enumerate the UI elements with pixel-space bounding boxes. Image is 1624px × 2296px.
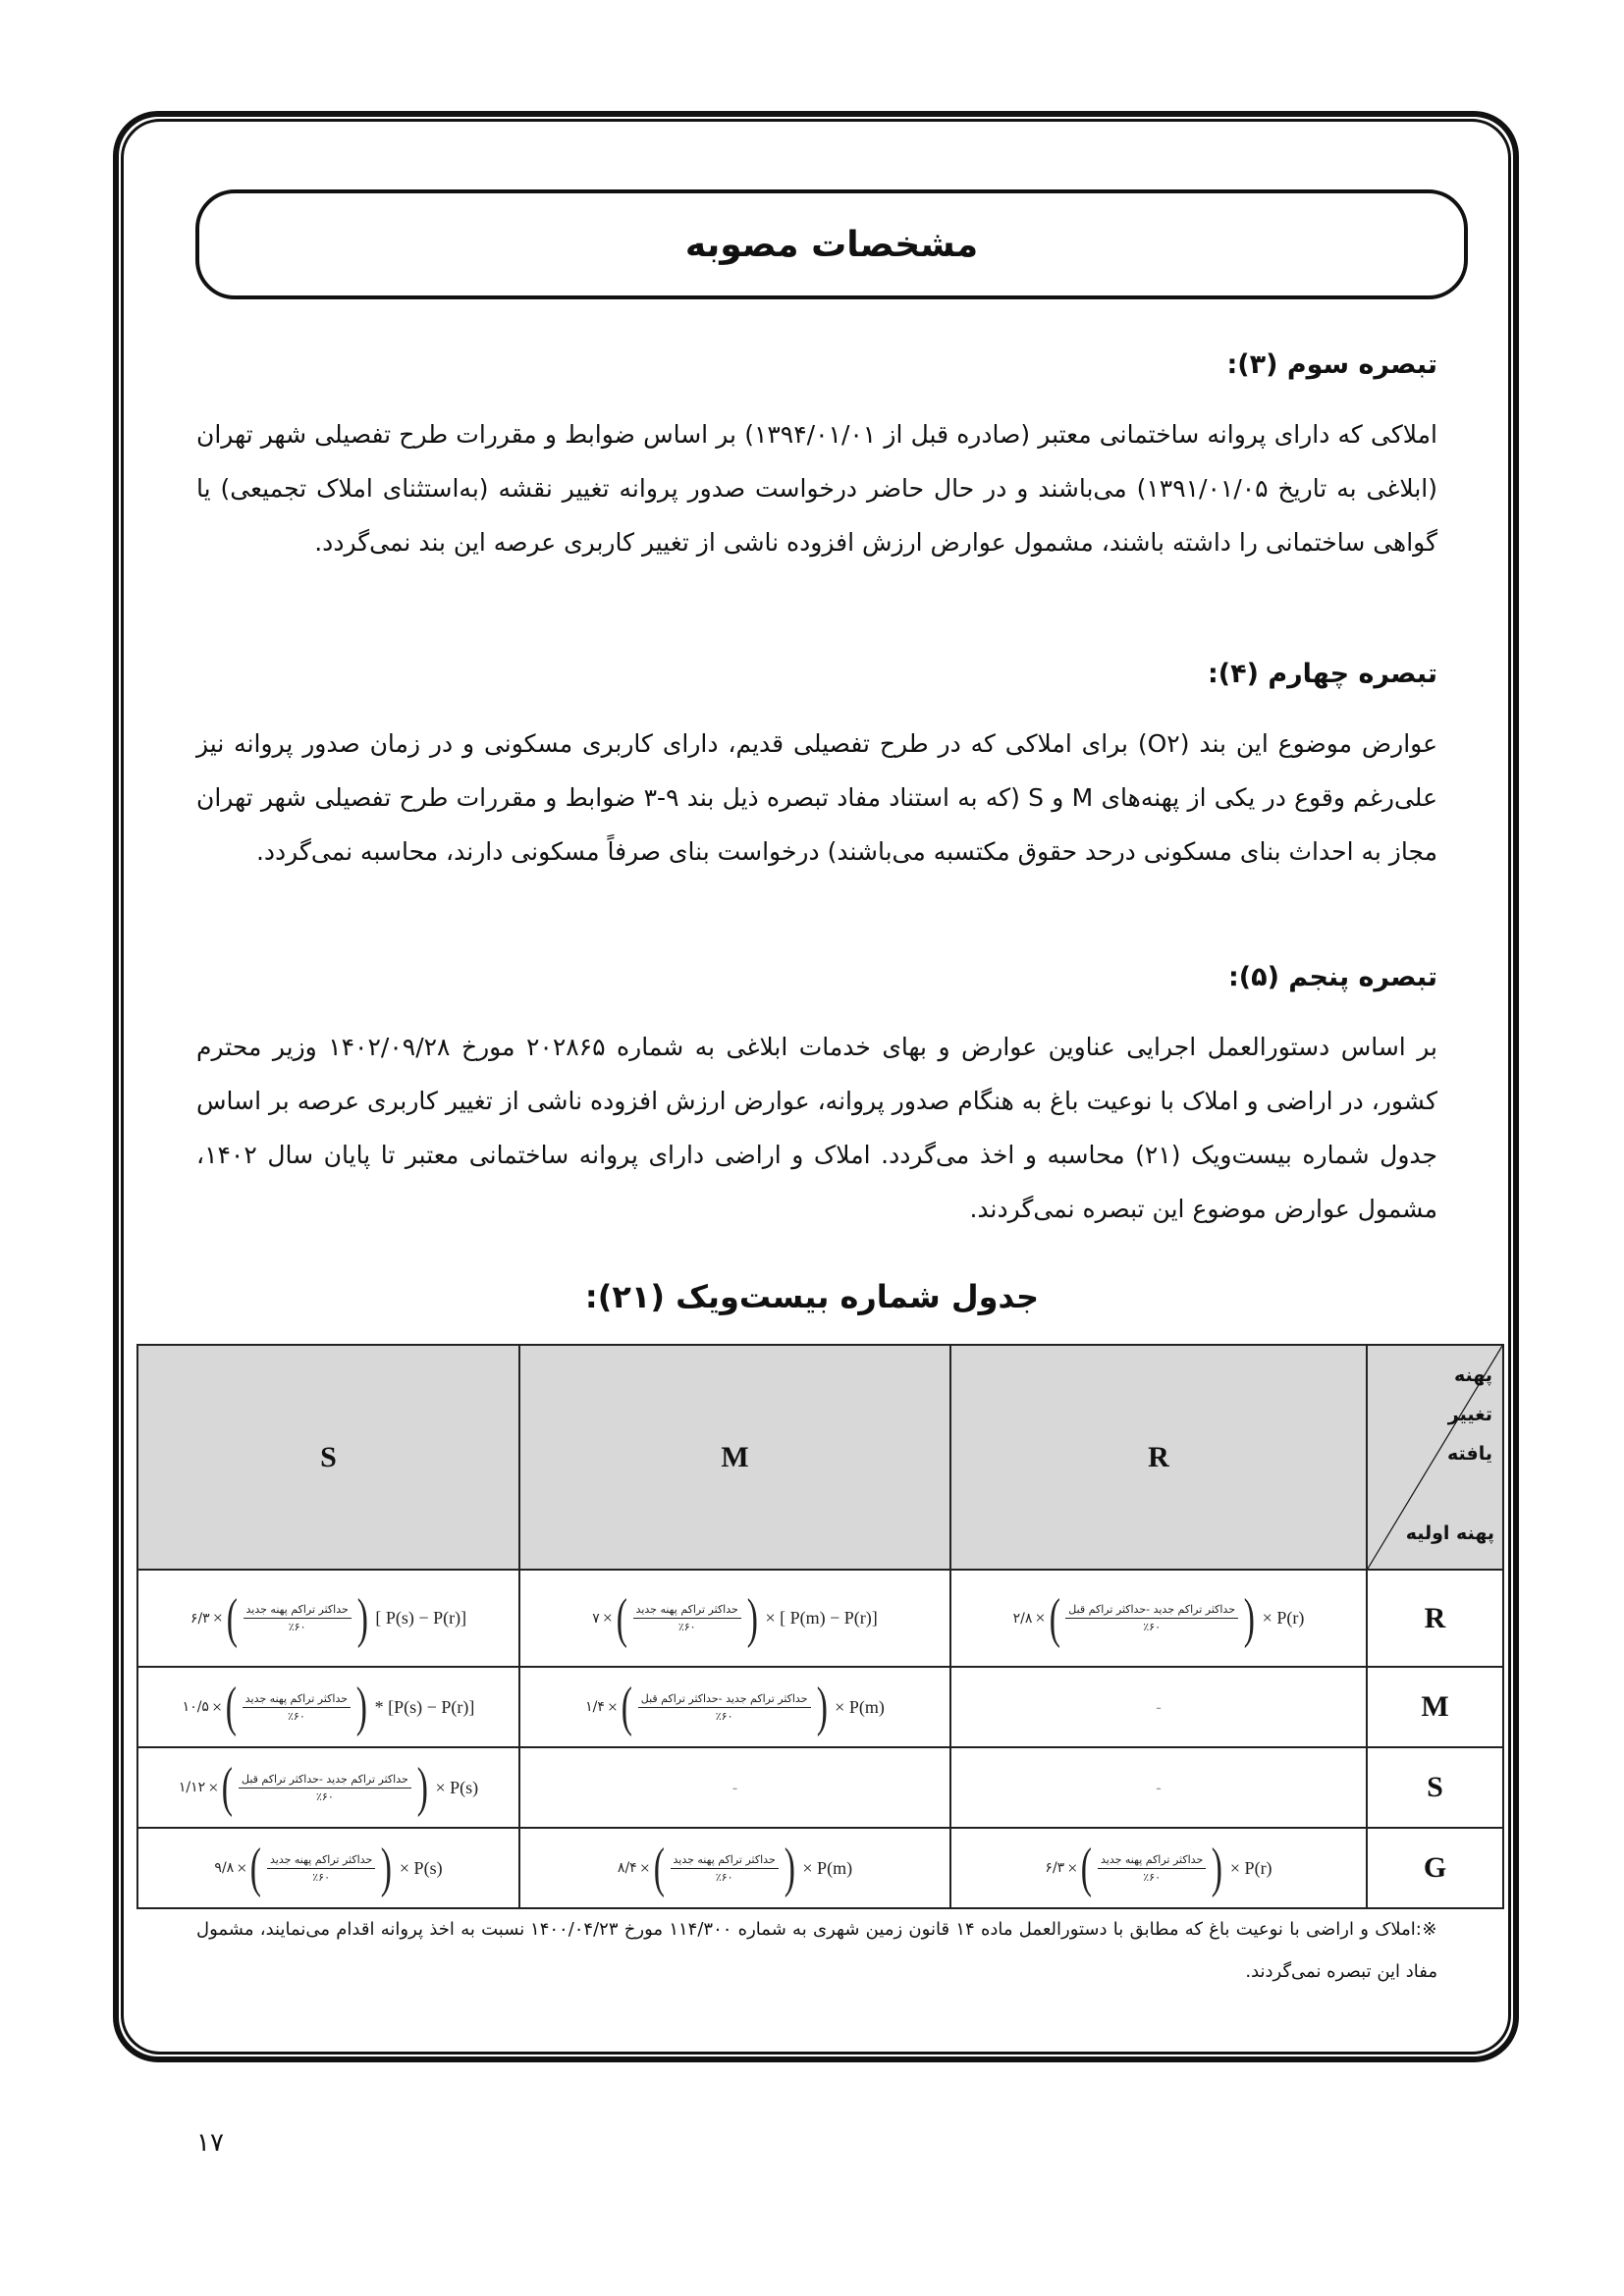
column-header: R (950, 1345, 1367, 1570)
page-title: مشخصات مصوبه (685, 225, 978, 265)
formula-cell: ۷× ( حداکثر تراکم پهنه جدید٪۶۰ ) × [ P(m… (519, 1570, 950, 1667)
formula-cell: ۹/۸× ( حداکثر تراکم پهنه جدید٪۶۰ ) × P(s… (137, 1828, 519, 1908)
section-heading: تبصره چهارم (۴): (196, 655, 1437, 694)
empty-cell: - (519, 1747, 950, 1828)
formula-cell: ۱/۴× ( حداکثر تراکم جدید -حداکثر تراکم ق… (519, 1667, 950, 1747)
formula: ۸/۴× ( حداکثر تراکم پهنه جدید٪۶۰ ) × P(m… (618, 1841, 852, 1896)
table-corner-cell: پهنه تغییر یافته پهنه اولیه (1367, 1345, 1503, 1570)
column-header: M (519, 1345, 950, 1570)
section-note-5: تبصره پنجم (۵): بر اساس دستورالعمل اجرای… (196, 958, 1437, 1236)
table-footnote: ※:املاک و اراضی با نوعیت باغ که مطابق با… (196, 1908, 1437, 1993)
formula-cell: ۸/۴× ( حداکثر تراکم پهنه جدید٪۶۰ ) × P(m… (519, 1828, 950, 1908)
section-body: املاکی که دارای پروانه ساختمانی معتبر (ص… (196, 407, 1437, 569)
section-note-3: تبصره سوم (۳): املاکی که دارای پروانه سا… (196, 346, 1437, 569)
title-box: مشخصات مصوبه (195, 189, 1468, 299)
formula: ۷× ( حداکثر تراکم پهنه جدید٪۶۰ ) × [ P(m… (592, 1591, 878, 1646)
corner-label-initial-zone: پهنه اولیه (1406, 1522, 1494, 1544)
section-body: بر اساس دستورالعمل اجرایی عناوین عوارض و… (196, 1020, 1437, 1236)
section-heading: تبصره سوم (۳): (196, 346, 1437, 385)
formula: ۱/۱۲× ( حداکثر تراکم جدید -حداکثر تراکم … (179, 1760, 478, 1815)
row-header: R (1367, 1570, 1503, 1667)
section-body: عوارض موضوع این بند (O۲) برای املاکی که … (196, 717, 1437, 879)
section-note-4: تبصره چهارم (۴): عوارض موضوع این بند (O۲… (196, 655, 1437, 879)
formula: ۲/۸× ( حداکثر تراکم جدید -حداکثر تراکم ق… (1013, 1591, 1305, 1646)
formula: ۶/۳× ( حداکثر تراکم پهنه جدید٪۶۰ ) × P(r… (1045, 1841, 1272, 1896)
formula-cell: ۶/۳× ( حداکثر تراکم پهنه جدید٪۶۰ ) [ P(s… (137, 1570, 519, 1667)
column-header: S (137, 1345, 519, 1570)
empty-cell: - (950, 1747, 1367, 1828)
empty-cell: - (950, 1667, 1367, 1747)
formula-cell: ۱/۱۲× ( حداکثر تراکم جدید -حداکثر تراکم … (137, 1747, 519, 1828)
formula-cell: ۶/۳× ( حداکثر تراکم پهنه جدید٪۶۰ ) × P(r… (950, 1828, 1367, 1908)
section-heading: تبصره پنجم (۵): (196, 958, 1437, 997)
row-header: M (1367, 1667, 1503, 1747)
formula: ۶/۳× ( حداکثر تراکم پهنه جدید٪۶۰ ) [ P(s… (190, 1591, 466, 1646)
table-header-row: پهنه تغییر یافته پهنه اولیه R M S (137, 1345, 1503, 1570)
formula-cell: ۲/۸× ( حداکثر تراکم جدید -حداکثر تراکم ق… (950, 1570, 1367, 1667)
formula: ۱۰/۵× ( حداکثر تراکم پهنه جدید٪۶۰ ) * [P… (183, 1680, 475, 1735)
row-header: S (1367, 1747, 1503, 1828)
table-row: S - - ۱/۱۲× ( حداکثر تراکم جدید -حداکثر … (137, 1747, 1503, 1828)
formula: ۱/۴× ( حداکثر تراکم جدید -حداکثر تراکم ق… (585, 1680, 885, 1735)
page-number: ۱۷ (196, 2128, 224, 2158)
corner-label-changed-zone: پهنه تغییر یافته (1404, 1356, 1492, 1473)
table-row: G ۶/۳× ( حداکثر تراکم پهنه جدید٪۶۰ ) × P… (137, 1828, 1503, 1908)
table-title: جدول شماره بیست‌ویک (۲۱): (0, 1278, 1624, 1315)
formula: ۹/۸× ( حداکثر تراکم پهنه جدید٪۶۰ ) × P(s… (214, 1841, 442, 1896)
table-row: M - ۱/۴× ( حداکثر تراکم جدید -حداکثر ترا… (137, 1667, 1503, 1747)
formula-cell: ۱۰/۵× ( حداکثر تراکم پهنه جدید٪۶۰ ) * [P… (137, 1667, 519, 1747)
fee-table: پهنه تغییر یافته پهنه اولیه R M S R ۲/۸×… (136, 1344, 1504, 1909)
row-header: G (1367, 1828, 1503, 1908)
table-row: R ۲/۸× ( حداکثر تراکم جدید -حداکثر تراکم… (137, 1570, 1503, 1667)
